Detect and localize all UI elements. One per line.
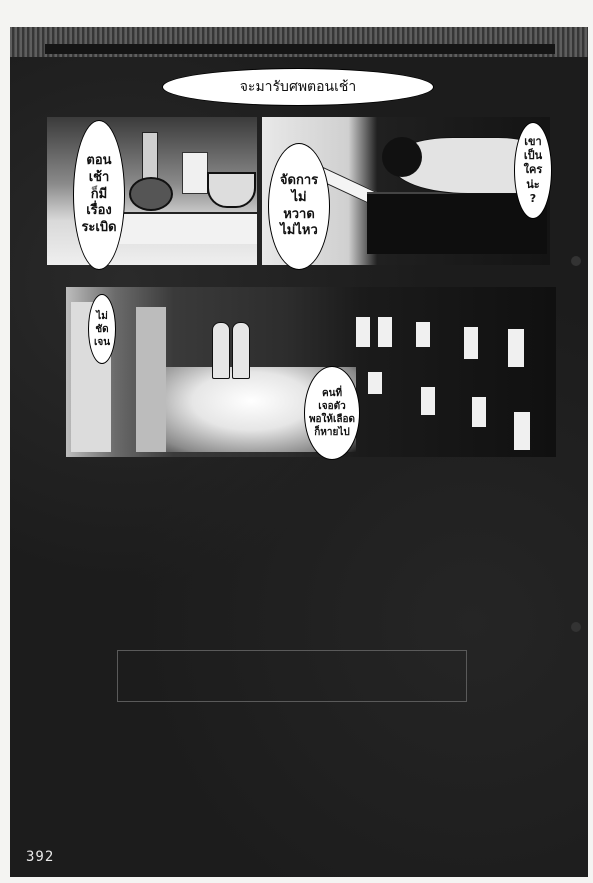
- locker-window: [356, 317, 370, 347]
- head-figure: [382, 137, 422, 177]
- empty-frame: [117, 650, 467, 702]
- binding-hole: [571, 256, 581, 266]
- speech-bubble: ตอน เช้า ก็มี เรื่อง ระเบิด: [73, 120, 125, 270]
- locker-window: [464, 327, 478, 359]
- locker-window: [508, 329, 524, 367]
- incense-bowl-icon: [129, 177, 173, 211]
- pot-icon: [207, 172, 256, 208]
- speech-text: เขา เป็น ใคร น่ะ ?: [524, 135, 543, 206]
- binding-hole: [571, 622, 581, 632]
- speech-bubble: ไม่ ชัด เจน: [88, 294, 116, 364]
- narration-text: จะมารับศพตอนเช้า: [240, 78, 357, 96]
- locker-window: [368, 372, 382, 394]
- page-number: 392: [26, 849, 54, 865]
- speech-bubble: เขา เป็น ใคร น่ะ ?: [514, 122, 552, 219]
- nurse-figure: [232, 322, 250, 379]
- top-border-bar: [45, 44, 555, 54]
- speech-bubble: จัดการ ไม่ หวาด ไม่ไหว: [268, 143, 330, 270]
- locker-window: [472, 397, 486, 427]
- speech-text: คนที่ เจอตัว พอให้เลือด ก็หายไป: [309, 387, 355, 439]
- nurse-figure: [212, 322, 230, 379]
- locker-window: [514, 412, 530, 450]
- speech-text: จัดการ ไม่ หวาด ไม่ไหว: [280, 173, 318, 241]
- altar-table: [107, 212, 257, 244]
- speech-text: ไม่ ชัด เจน: [94, 310, 110, 349]
- locker-window: [378, 317, 392, 347]
- pillar: [136, 307, 166, 452]
- locker-window: [421, 387, 435, 415]
- jar-icon: [182, 152, 208, 194]
- speech-bubble: คนที่ เจอตัว พอให้เลือด ก็หายไป: [304, 366, 360, 460]
- locker-window: [416, 322, 430, 347]
- narration-bubble: จะมารับศพตอนเช้า: [162, 68, 434, 106]
- speech-text: ตอน เช้า ก็มี เรื่อง ระเบิด: [81, 153, 116, 237]
